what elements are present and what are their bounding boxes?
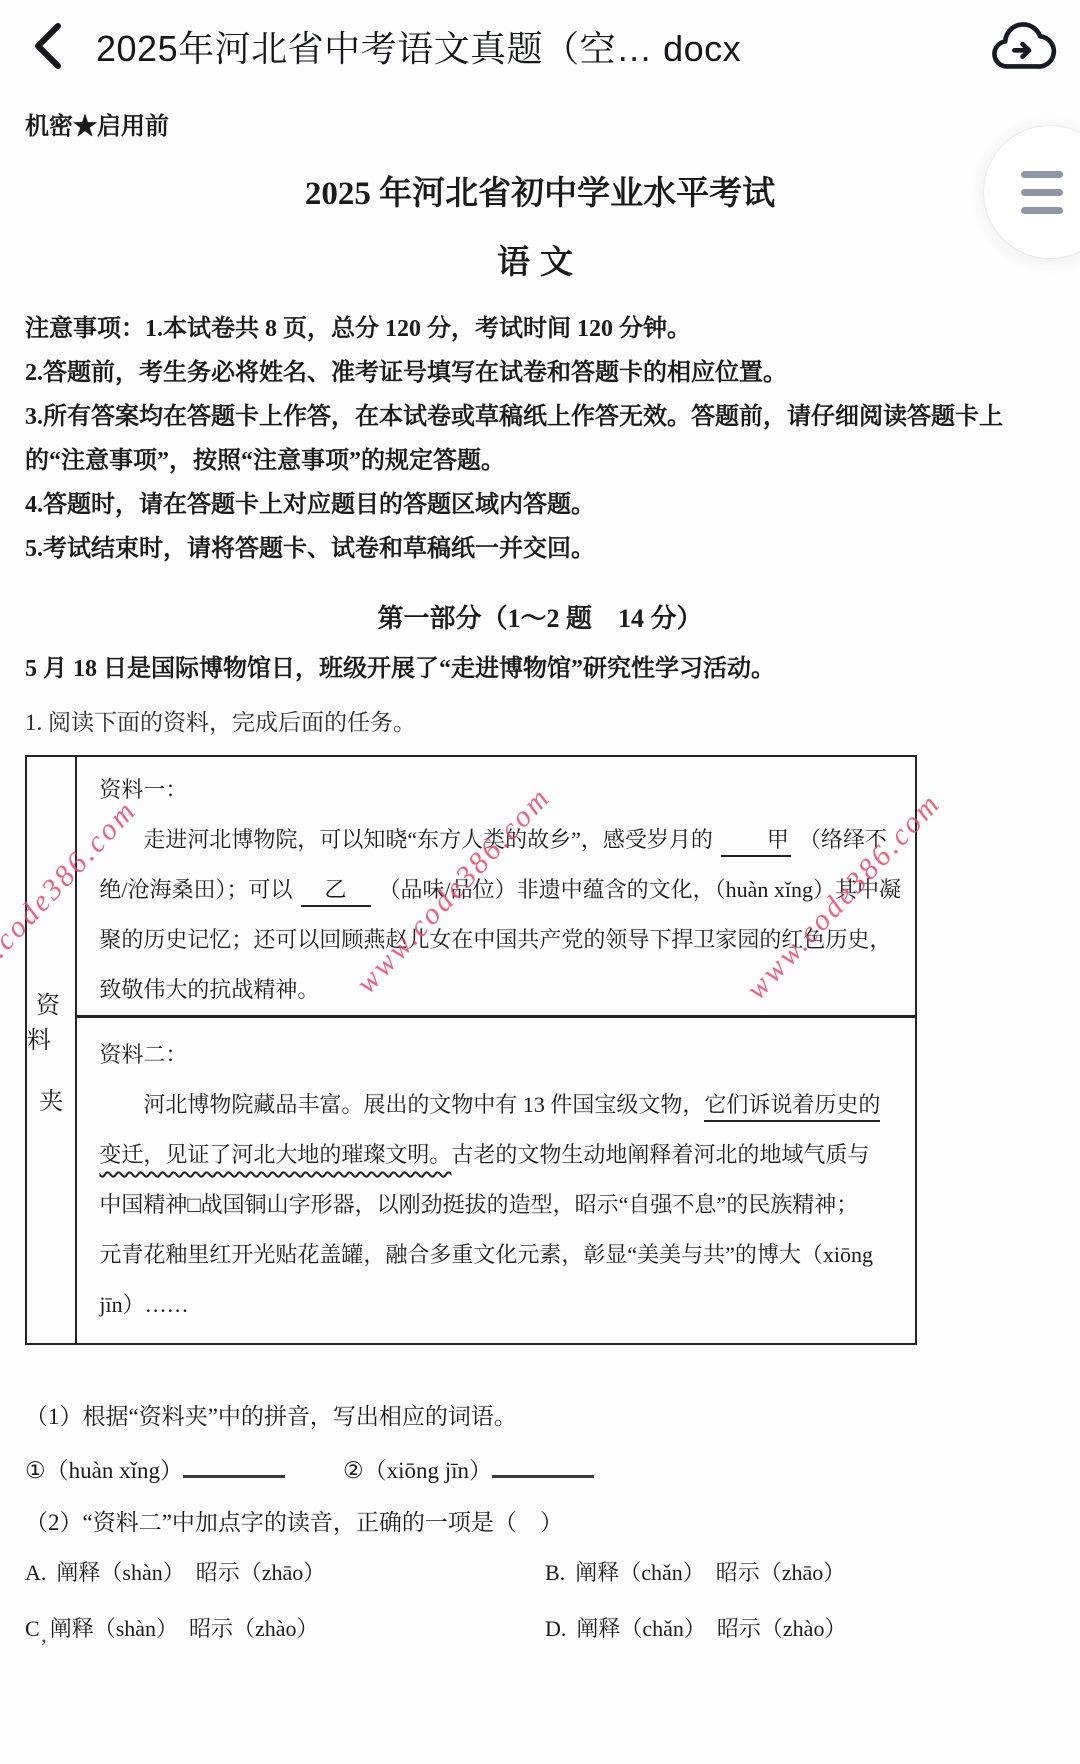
- material-two-line: 中国精神□战国铜山字形器，以刚劲挺拔的造型，昭示“自强不息”的民族精神；: [99, 1180, 901, 1230]
- stray-mark: ’: [40, 1634, 47, 1660]
- exam-notices: 注意事项：1.本试卷共 8 页，总分 120 分，考试时间 120 分钟。 2.…: [25, 307, 1055, 571]
- hamburger-icon: [1021, 207, 1063, 214]
- material-one-line: 走进河北博物院，可以知晓“东方人类的故乡”，感受岁月的甲（络绎不: [99, 815, 901, 865]
- folder-label: 资 料: [27, 985, 75, 1055]
- cloud-share-button[interactable]: [984, 14, 1060, 78]
- option-key: A.: [25, 1560, 46, 1585]
- cloud-upload-icon: [986, 16, 1058, 76]
- text-segment: （络绎不: [799, 827, 887, 852]
- option-text: 阐释（chǎn） 昭示（zhāo）: [575, 1560, 845, 1585]
- material-one-line: 致敬伟大的抗战精神。: [99, 965, 901, 1015]
- notice-line: 4.答题时，请在答题卡上对应题目的答题区域内答题。: [25, 483, 1055, 527]
- material-cells: 资料一： 走进河北博物院，可以知晓“东方人类的故乡”，感受岁月的甲（络绎不 绝/…: [77, 757, 915, 1343]
- option-text: 阐释（shàn） 昭示（zhāo）: [56, 1560, 325, 1585]
- option-text: 阐释（shàn） 昭示（zhào）: [50, 1616, 319, 1641]
- material-two-line: jīn）……: [99, 1280, 901, 1330]
- option-text: 阐释（chǎn） 昭示（zhào）: [576, 1616, 846, 1641]
- hamburger-icon: [1021, 171, 1063, 178]
- back-button[interactable]: [30, 18, 74, 74]
- material-two-line: 变迁，见证了河北大地的璀璨文明。古老的文物生动地阐释着河北的地域气质与: [99, 1130, 901, 1180]
- text-segment: 古老的文物生动地阐释着河北的地域气质与: [451, 1142, 869, 1167]
- topbar: 2025年河北省中考语文真题（空… docx: [0, 0, 1080, 92]
- option-key: C: [25, 1616, 40, 1641]
- subquestion-2: （2）“资料二”中加点字的读音，正确的一项是（ ）: [25, 1505, 1055, 1541]
- document-title: 2025年河北省中考语文真题（空… docx: [96, 21, 962, 72]
- blank-yi: 乙: [301, 875, 371, 907]
- notice-line: 的“注意事项”，按照“注意事项”的规定答题。: [25, 439, 1055, 483]
- folder-label: 夹: [30, 1081, 72, 1116]
- material-two-heading: 资料二：: [99, 1030, 901, 1080]
- exam-title: 2025 年河北省初中学业水平考试: [25, 167, 1055, 214]
- underlined-text: 它们诉说着历史的: [704, 1092, 880, 1122]
- pinyin-item-2: ②（xiōng jīn）: [343, 1458, 492, 1483]
- activity-intro: 5 月 18 日是国际博物馆日，班级开展了“走进博物馆”研究性学习活动。: [25, 649, 1055, 689]
- text-segment: 走进河北博物院，可以知晓“东方人类的故乡”，感受岁月的: [143, 827, 713, 852]
- notice-line: 2.答题前，考生务必将姓名、准考证号填写在试卷和答题卡的相应位置。: [25, 351, 1055, 395]
- section-header: 第一部分（1～2 题 14 分）: [25, 599, 1055, 639]
- option-c: C阐释（shàn） 昭示（zhào）: [25, 1611, 545, 1647]
- subquestion-1: （1）根据“资料夹”中的拼音，写出相应的词语。: [25, 1399, 1055, 1435]
- hamburger-icon: [1021, 189, 1063, 196]
- option-a: A.阐释（shàn） 昭示（zhāo）: [25, 1555, 545, 1591]
- option-b: B.阐释（chǎn） 昭示（zhāo）: [545, 1555, 1055, 1591]
- blank-jia: 甲: [721, 825, 791, 857]
- material-one-line: 绝/沧海桑田）；可以乙（品味/品位）非遗中蕴含的文化，（huàn xǐng）其中…: [99, 865, 901, 915]
- question1-stem: 1. 阅读下面的资料，完成后面的任务。: [25, 705, 1055, 741]
- notice-line: 5.考试结束时，请将答题卡、试卷和草稿纸一并交回。: [25, 527, 1055, 571]
- pinyin-answer-row: ①（huàn xǐng）②（xiōng jīn）: [25, 1451, 1055, 1491]
- material-two-line: 元青花釉里红开光贴花盖罐，融合多重文化元素，彰显“美美与共”的博大（xiōng: [99, 1230, 901, 1280]
- text-segment: 绝/沧海桑田）；可以: [99, 877, 292, 902]
- material-two-line: 河北博物院藏品丰富。展出的文物中有 13 件国宝级文物，它们诉说着历史的: [99, 1080, 901, 1130]
- material-folder-table: 资 料 夹 资料一： 走进河北博物院，可以知晓“东方人类的故乡”，感受岁月的甲（…: [25, 755, 917, 1345]
- text-segment: 河北博物院藏品丰富。展出的文物中有 13 件国宝级文物，: [143, 1092, 704, 1117]
- notice-line: 注意事项：1.本试卷共 8 页，总分 120 分，考试时间 120 分钟。: [25, 307, 1055, 351]
- option-key: B.: [545, 1560, 565, 1585]
- confidential-label: 机密★启用前: [25, 106, 1055, 141]
- material-two-cell: 资料二： 河北博物院藏品丰富。展出的文物中有 13 件国宝级文物，它们诉说着历史…: [77, 1015, 915, 1343]
- answer-blank-line: [492, 1452, 594, 1478]
- exam-subject: 语文: [25, 236, 1055, 283]
- option-key: D.: [545, 1616, 566, 1641]
- document-viewer-page: 2025年河北省中考语文真题（空… docx 机密★启用前 2025 年河北省初…: [0, 0, 1080, 1764]
- notice-line: 3.所有答案均在答题卡上作答，在本试卷或草稿纸上作答无效。答题前，请仔细阅读答题…: [25, 395, 1055, 439]
- material-one-line: 聚的历史记忆；还可以回顾燕赵儿女在中国共产党的领导下捍卫家园的红色历史，: [99, 915, 901, 965]
- pinyin-item-1: ①（huàn xǐng）: [25, 1458, 183, 1483]
- wavy-underlined-text: 变迁，见证了河北大地的璀璨文明。: [99, 1142, 451, 1167]
- text-segment: （品味/品位）非遗中蕴含的文化，（huàn xǐng）其中凝: [379, 877, 902, 902]
- answer-blank-line: [183, 1452, 285, 1478]
- material-one-heading: 资料一：: [99, 765, 901, 815]
- folder-label-cell: 资 料 夹: [27, 757, 77, 1343]
- option-list: A.阐释（shàn） 昭示（zhāo） B.阐释（chǎn） 昭示（zhāo） …: [25, 1555, 1055, 1647]
- material-one-cell: 资料一： 走进河北博物院，可以知晓“东方人类的故乡”，感受岁月的甲（络绎不 绝/…: [77, 757, 915, 1015]
- option-d: D.阐释（chǎn） 昭示（zhào）: [545, 1611, 1055, 1647]
- document-scroll-area[interactable]: 机密★启用前 2025 年河北省初中学业水平考试 语文 注意事项：1.本试卷共 …: [0, 106, 1080, 1647]
- back-chevron-icon: [30, 20, 64, 72]
